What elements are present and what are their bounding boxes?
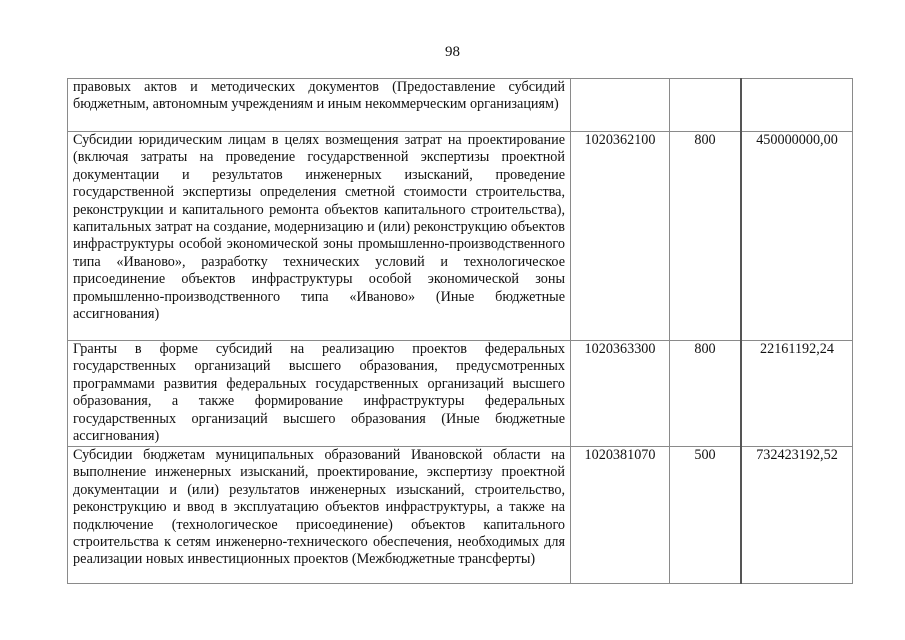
row-target-code: 1020362100 [571, 132, 670, 341]
table-row: Субсидии юридическим лицам в целях возме… [68, 132, 853, 341]
table-row: Субсидии бюджетам муниципальных образова… [68, 447, 853, 584]
row-target-code [571, 79, 670, 132]
row-description: Субсидии бюджетам муниципальных образова… [68, 447, 571, 584]
row-description: Гранты в форме субсидий на реализацию пр… [68, 341, 571, 447]
row-description: правовых актов и методических документов… [68, 79, 571, 132]
row-amount [741, 79, 853, 132]
budget-table: правовых актов и методических документов… [67, 78, 853, 584]
table-row: правовых актов и методических документов… [68, 79, 853, 132]
row-amount: 732423192,52 [741, 447, 853, 584]
page-number: 98 [0, 44, 905, 61]
row-expense-type: 500 [670, 447, 742, 584]
row-expense-type: 800 [670, 132, 742, 341]
row-amount: 22161192,24 [741, 341, 853, 447]
row-expense-type: 800 [670, 341, 742, 447]
row-target-code: 1020363300 [571, 341, 670, 447]
row-description: Субсидии юридическим лицам в целях возме… [68, 132, 571, 341]
row-expense-type [670, 79, 742, 132]
table-row: Гранты в форме субсидий на реализацию пр… [68, 341, 853, 447]
row-amount: 450000000,00 [741, 132, 853, 341]
row-target-code: 1020381070 [571, 447, 670, 584]
